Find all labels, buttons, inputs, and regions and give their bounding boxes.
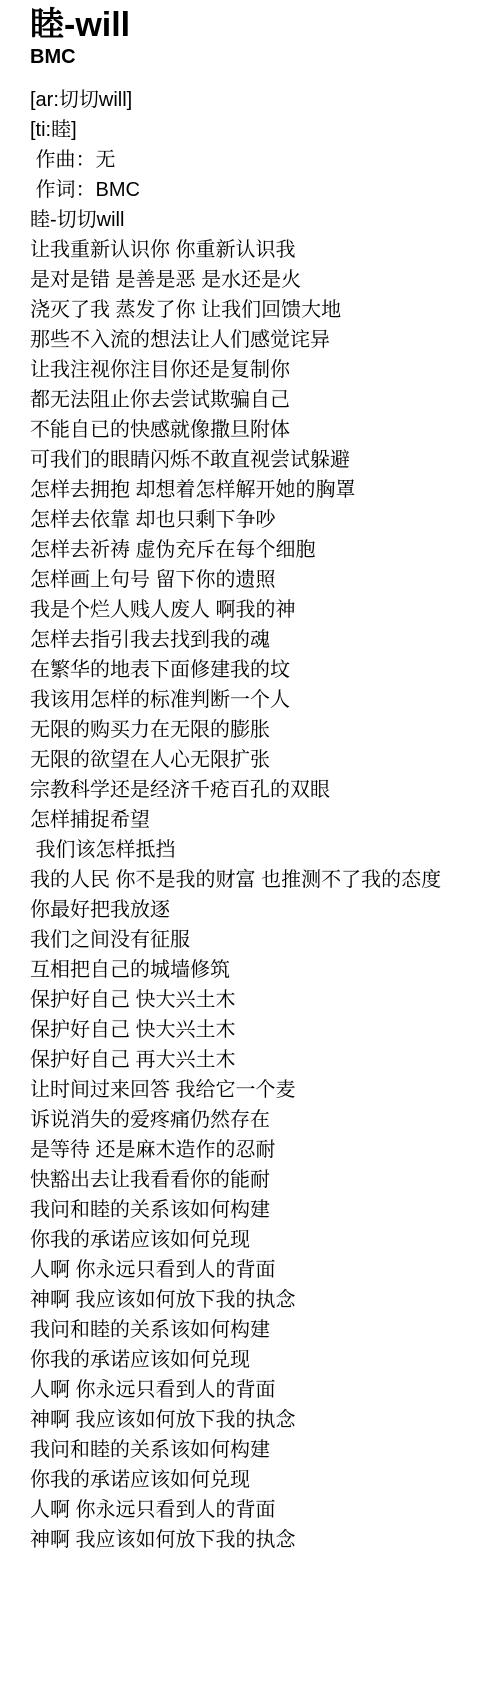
lyric-line: 都无法阻止你去尝试欺骗自己	[30, 385, 490, 415]
lyric-line: 怎样去指引我去找到我的魂	[30, 625, 490, 655]
lyric-line: 作曲：无	[30, 145, 490, 175]
lyric-line: 我们该怎样抵挡	[30, 835, 490, 865]
lyric-line: 怎样去拥抱 却想着怎样解开她的胸罩	[30, 475, 490, 505]
lyric-line: 保护好自己 再大兴土木	[30, 1045, 490, 1075]
lyric-line: 神啊 我应该如何放下我的执念	[30, 1525, 490, 1555]
lyrics-page: 睦-will BMC [ar:切切will][ti:睦] 作曲：无 作词：BMC…	[0, 0, 500, 1555]
lyric-line: 你我的承诺应该如何兑现	[30, 1225, 490, 1255]
lyric-line: 让我注视你注目你还是复制你	[30, 355, 490, 385]
lyric-line: 无限的欲望在人心无限扩张	[30, 745, 490, 775]
lyric-line: 作词：BMC	[30, 175, 490, 205]
lyrics-body: [ar:切切will][ti:睦] 作曲：无 作词：BMC睦-切切will让我重…	[30, 85, 490, 1555]
lyric-line: 睦-切切will	[30, 205, 490, 235]
lyric-line: 是等待 还是麻木造作的忍耐	[30, 1135, 490, 1165]
lyric-line: 我们之间没有征服	[30, 925, 490, 955]
lyric-line: 人啊 你永远只看到人的背面	[30, 1495, 490, 1525]
lyric-line: 在繁华的地表下面修建我的坟	[30, 655, 490, 685]
lyric-line: 我该用怎样的标准判断一个人	[30, 685, 490, 715]
lyric-line: 你我的承诺应该如何兑现	[30, 1345, 490, 1375]
lyric-line: 神啊 我应该如何放下我的执念	[30, 1405, 490, 1435]
lyric-line: 人啊 你永远只看到人的背面	[30, 1375, 490, 1405]
lyric-line: 保护好自己 快大兴土木	[30, 1015, 490, 1045]
lyric-line: 我问和睦的关系该如何构建	[30, 1315, 490, 1345]
lyric-line: 不能自已的快感就像撒旦附体	[30, 415, 490, 445]
lyric-line: 诉说消失的爱疼痛仍然存在	[30, 1105, 490, 1135]
artist-name: BMC	[30, 45, 490, 69]
lyric-line: 让时间过来回答 我给它一个麦	[30, 1075, 490, 1105]
lyric-line: 我问和睦的关系该如何构建	[30, 1195, 490, 1225]
lyric-line: [ti:睦]	[30, 115, 490, 145]
lyric-line: 互相把自己的城墙修筑	[30, 955, 490, 985]
page-title: 睦-will	[30, 5, 490, 45]
lyric-line: 让我重新认识你 你重新认识我	[30, 235, 490, 265]
lyric-line: 神啊 我应该如何放下我的执念	[30, 1285, 490, 1315]
lyric-line: 宗教科学还是经济千疮百孔的双眼	[30, 775, 490, 805]
lyric-line: 你我的承诺应该如何兑现	[30, 1465, 490, 1495]
lyric-line: 那些不入流的想法让人们感觉诧异	[30, 325, 490, 355]
lyric-line: 是对是错 是善是恶 是水还是火	[30, 265, 490, 295]
lyric-line: 怎样去依靠 却也只剩下争吵	[30, 505, 490, 535]
lyric-line: 无限的购买力在无限的膨胀	[30, 715, 490, 745]
lyric-line: 怎样捕捉希望	[30, 805, 490, 835]
lyric-line: 怎样去祈祷 虚伪充斥在每个细胞	[30, 535, 490, 565]
lyric-line: 保护好自己 快大兴土木	[30, 985, 490, 1015]
lyric-line: 你最好把我放逐	[30, 895, 490, 925]
lyric-line: 我是个烂人贱人废人 啊我的神	[30, 595, 490, 625]
lyric-line: 怎样画上句号 留下你的遗照	[30, 565, 490, 595]
lyric-line: 快豁出去让我看看你的能耐	[30, 1165, 490, 1195]
lyric-line: 我问和睦的关系该如何构建	[30, 1435, 490, 1465]
lyric-line: [ar:切切will]	[30, 85, 490, 115]
lyric-line: 可我们的眼睛闪烁不敢直视尝试躲避	[30, 445, 490, 475]
lyric-line: 浇灭了我 蒸发了你 让我们回馈大地	[30, 295, 490, 325]
lyric-line: 我的人民 你不是我的财富 也推测不了我的态度	[30, 865, 490, 895]
lyric-line: 人啊 你永远只看到人的背面	[30, 1255, 490, 1285]
